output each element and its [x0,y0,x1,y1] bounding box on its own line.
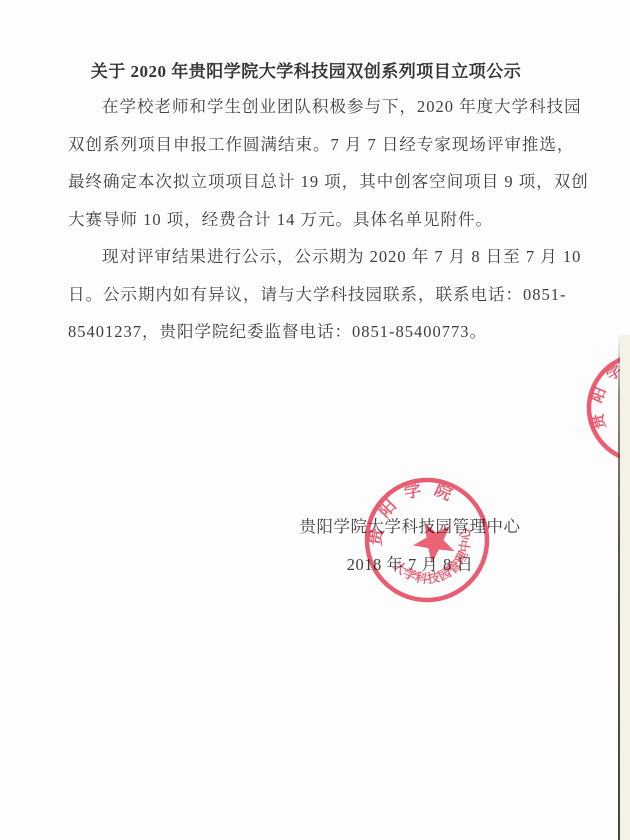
paragraph-line: 大赛导师 10 项，经费合计 14 万元。具体名单见附件。 [68,201,548,239]
signature-block: 贵阳学院大学科技园管理中心 2018 年 7 月 8 日 [260,508,560,583]
signature-org: 贵阳学院大学科技园管理中心 [260,508,560,546]
paragraph-line: 现对评审结果进行公示，公示期为 2020 年 7 月 8 日至 7 月 10 [68,238,548,276]
paragraph-line: 在学校老师和学生创业团队积极参与下，2020 年度大学科技园 [68,88,548,126]
signature-date: 2018 年 7 月 8 日 [260,546,560,584]
paragraph-line: 双创系列项目申报工作圆满结束。7 月 7 日经专家现场评审推选， [68,126,548,164]
scan-page-edge-shadow [620,335,630,840]
document-body: 在学校老师和学生创业团队积极参与下，2020 年度大学科技园 双创系列项目申报工… [68,88,548,351]
document-title: 关于 2020 年贵阳学院大学科技园双创系列项目立项公示 [0,57,612,82]
paragraph-line: 日。公示期内如有异议，请与大学科技园联系，联系电话：0851- [68,276,548,314]
paragraph-line: 85401237，贵阳学院纪委监督电话：0851-85400773。 [68,313,548,351]
scan-page-edge-line [618,332,620,840]
document-page: 关于 2020 年贵阳学院大学科技园双创系列项目立项公示 在学校老师和学生创业团… [0,0,630,840]
paragraph-line: 最终确定本次拟立项项目总计 19 项，其中创客空间项目 9 项，双创 [68,163,548,201]
